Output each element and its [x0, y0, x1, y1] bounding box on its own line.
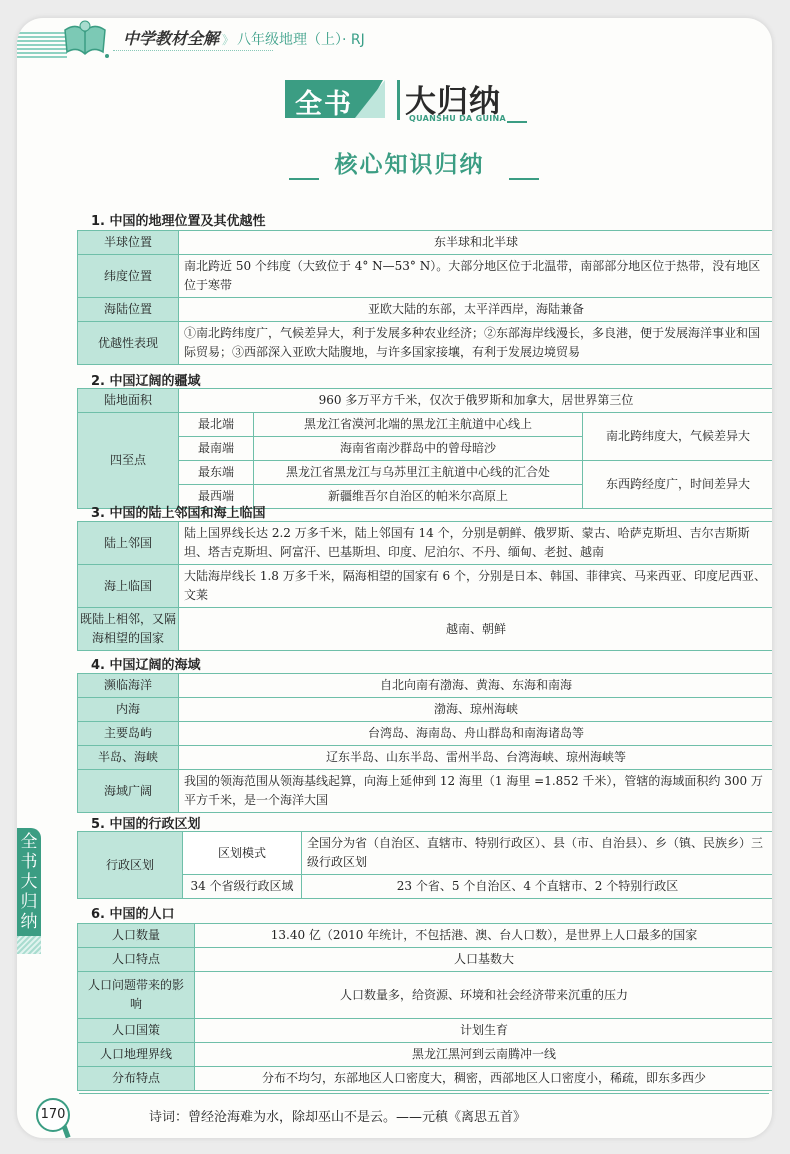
title-divider: [397, 80, 400, 120]
table-row: 四至点 最北端 黑龙江省漠河北端的黑龙江主航道中心线上 南北跨纬度大，气候差异大: [78, 413, 773, 437]
table-row: 既陆上相邻，又隔海相望的国家越南、朝鲜: [78, 608, 773, 651]
page-number: 170: [36, 1098, 70, 1132]
row-label: 纬度位置: [78, 255, 179, 298]
row-value: 计划生育: [195, 1019, 773, 1043]
table-seas: 濒临海洋自北向南有渤海、黄海、东海和南海 内海渤海、琼州海峡 主要岛屿台湾岛、海…: [77, 673, 772, 813]
section-5-title: 5. 中国的行政区划: [91, 813, 201, 832]
table-admin-divisions: 行政区划 区划模式 全国分为省（自治区、直辖市、特别行政区）、县（市、自治县）、…: [77, 831, 772, 899]
row-value: 分布不均匀，东部地区人口密度大，稠密，西部地区人口密度小，稀疏，即东多西少: [195, 1067, 773, 1091]
row-label: 人口问题带来的影响: [78, 972, 195, 1019]
row-label: 优越性表现: [78, 322, 179, 365]
extreme-location: 黑龙江省漠河北端的黑龙江主航道中心线上: [254, 413, 583, 437]
table-row: 分布特点分布不均匀，东部地区人口密度大，稠密，西部地区人口密度小，稀疏，即东多西…: [78, 1067, 773, 1091]
section-2-title: 2. 中国辽阔的疆域: [91, 370, 201, 389]
section-6-title: 6. 中国的人口: [91, 903, 175, 922]
row-label: 人口地理界线: [78, 1043, 195, 1067]
row-label: 行政区划: [78, 832, 183, 899]
row-label: 内海: [78, 698, 179, 722]
row-value: 960 多万平方千米，仅次于俄罗斯和加拿大，居世界第三位: [179, 389, 773, 413]
table-row: 最东端 黑龙江省黑龙江与乌苏里江主航道中心线的汇合处 东西跨经度广，时间差异大: [78, 461, 773, 485]
extreme-location: 新疆维吾尔自治区的帕米尔高原上: [254, 485, 583, 509]
row-label: 主要岛屿: [78, 722, 179, 746]
row-value: 全国分为省（自治区、直辖市、特别行政区）、县（市、自治县）、乡（镇、民族乡）三级…: [302, 832, 773, 875]
table-row: 行政区划 区划模式 全国分为省（自治区、直辖市、特别行政区）、县（市、自治县）、…: [78, 832, 773, 875]
header-subtitle: 八年级地理（上）· RJ: [237, 32, 365, 48]
extreme-note: 东西跨经度广，时间差异大: [583, 461, 773, 509]
table-row: 半球位置东半球和北半球: [78, 231, 773, 255]
table-row: 海陆位置亚欧大陆的东部，太平洋西岸，海陆兼备: [78, 298, 773, 322]
row-value: 陆上国界线长达 2.2 万多千米，陆上邻国有 14 个，分别是朝鲜、俄罗斯、蒙古…: [179, 522, 773, 565]
title-pinyin: QUANSHU DA GUINA: [409, 114, 506, 123]
table-row: 海域广阔我国的领海范围从领海基线起算，向海上延伸到 12 海里（1 海里 =1.…: [78, 770, 773, 813]
table-territory: 陆地面积 960 多万平方千米，仅次于俄罗斯和加拿大，居世界第三位 四至点 最北…: [77, 388, 772, 509]
table-row: 34 个省级行政区域 23 个省、5 个自治区、4 个直辖市、2 个特别行政区: [78, 875, 773, 899]
table-row: 主要岛屿台湾岛、海南岛、舟山群岛和南海诸岛等: [78, 722, 773, 746]
table-row: 濒临海洋自北向南有渤海、黄海、东海和南海: [78, 674, 773, 698]
row-value: 台湾岛、海南岛、舟山群岛和南海诸岛等: [179, 722, 773, 746]
table-row: 纬度位置南北跨近 50 个纬度（大致位于 4° N—53° N）。大部分地区位于…: [78, 255, 773, 298]
row-value: ①南北跨纬度广，气候差异大，利于发展多种农业经济；②东部海岸线漫长，多良港，便于…: [179, 322, 773, 365]
pinyin-underline: [507, 121, 527, 123]
header-separator: 》: [222, 33, 234, 47]
table-population: 人口数量13.40 亿（2010 年统计，不包括港、澳、台人口数），是世界上人口…: [77, 923, 772, 1091]
row-value: 东半球和北半球: [179, 231, 773, 255]
table-row: 人口数量13.40 亿（2010 年统计，不包括港、澳、台人口数），是世界上人口…: [78, 924, 773, 948]
table-row: 内海渤海、琼州海峡: [78, 698, 773, 722]
table-row: 优越性表现①南北跨纬度广，气候差异大，利于发展多种农业经济；②东部海岸线漫长，多…: [78, 322, 773, 365]
row-label: 半球位置: [78, 231, 179, 255]
footer-rule: [79, 1093, 769, 1094]
running-header: 中学教材全解》八年级地理（上）· RJ: [123, 26, 365, 49]
row-value: 自北向南有渤海、黄海、东海和南海: [179, 674, 773, 698]
table-geo-location: 半球位置东半球和北半球 纬度位置南北跨近 50 个纬度（大致位于 4° N—53…: [77, 230, 772, 365]
row-label: 分布特点: [78, 1067, 195, 1091]
side-tab-hatch: [17, 936, 41, 954]
row-sublabel: 区划模式: [183, 832, 302, 875]
table-row: 半岛、海峡辽东半岛、山东半岛、雷州半岛、台湾海峡、琼州海峡等: [78, 746, 773, 770]
row-label: 海域广阔: [78, 770, 179, 813]
row-label: 人口特点: [78, 948, 195, 972]
table-neighbors: 陆上邻国陆上国界线长达 2.2 万多千米，陆上邻国有 14 个，分别是朝鲜、俄罗…: [77, 521, 772, 651]
book-logo-icon: [59, 18, 111, 60]
row-label: 陆地面积: [78, 389, 179, 413]
row-value: 亚欧大陆的东部，太平洋西岸，海陆兼备: [179, 298, 773, 322]
row-label: 海陆位置: [78, 298, 179, 322]
row-sublabel: 34 个省级行政区域: [183, 875, 302, 899]
row-label: 陆上邻国: [78, 522, 179, 565]
row-value: 渤海、琼州海峡: [179, 698, 773, 722]
section-1-title: 1. 中国的地理位置及其优越性: [91, 210, 266, 229]
row-value: 我国的领海范围从领海基线起算，向海上延伸到 12 海里（1 海里 =1.852 …: [179, 770, 773, 813]
subtitle-rule-right: [509, 178, 539, 180]
row-value: 13.40 亿（2010 年统计，不包括港、澳、台人口数），是世界上人口最多的国…: [195, 924, 773, 948]
row-label: 濒临海洋: [78, 674, 179, 698]
section-3-title: 3. 中国的陆上邻国和海上临国: [91, 502, 266, 521]
table-row: 陆上邻国陆上国界线长达 2.2 万多千米，陆上邻国有 14 个，分别是朝鲜、俄罗…: [78, 522, 773, 565]
row-label: 海上临国: [78, 565, 179, 608]
row-value: 大陆海岸线长 1.8 万多千米，隔海相望的国家有 6 个，分别是日本、韩国、菲律…: [179, 565, 773, 608]
chapter-title: 全书 大归纳 QUANSHU DA GUINA: [285, 78, 545, 128]
extreme-name: 最东端: [179, 461, 254, 485]
section-heading: 核心知识归纳: [287, 146, 532, 179]
extreme-location: 海南省南沙群岛中的曾母暗沙: [254, 437, 583, 461]
table-row: 人口地理界线黑龙江黑河到云南腾冲一线: [78, 1043, 773, 1067]
row-label: 人口数量: [78, 924, 195, 948]
row-value: 人口数量多，给资源、环境和社会经济带来沉重的压力: [195, 972, 773, 1019]
title-badge: 全书: [295, 82, 353, 121]
extreme-note: 南北跨纬度大，气候差异大: [583, 413, 773, 461]
row-value: 南北跨近 50 个纬度（大致位于 4° N—53° N）。大部分地区位于北温带，…: [179, 255, 773, 298]
row-label: 四至点: [78, 413, 179, 509]
extreme-name: 最北端: [179, 413, 254, 437]
row-value: 23 个省、5 个自治区、4 个直辖市、2 个特别行政区: [302, 875, 773, 899]
header-dotted-rule: [113, 50, 273, 51]
row-value: 黑龙江黑河到云南腾冲一线: [195, 1043, 773, 1067]
row-value: 越南、朝鲜: [179, 608, 773, 651]
footer-quote: 诗词：曾经沧海难为水，除却巫山不是云。——元稹《离思五首》: [149, 1106, 526, 1125]
extreme-name: 最南端: [179, 437, 254, 461]
side-tab: 全书大归纳: [17, 828, 41, 936]
textbook-page: 中学教材全解》八年级地理（上）· RJ 全书 大归纳 QUANSHU DA GU…: [17, 18, 772, 1138]
table-row: 陆地面积 960 多万平方千米，仅次于俄罗斯和加拿大，居世界第三位: [78, 389, 773, 413]
table-row: 人口问题带来的影响人口数量多，给资源、环境和社会经济带来沉重的压力: [78, 972, 773, 1019]
row-label: 半岛、海峡: [78, 746, 179, 770]
row-value: 人口基数大: [195, 948, 773, 972]
table-row: 人口特点人口基数大: [78, 948, 773, 972]
table-row: 人口国策计划生育: [78, 1019, 773, 1043]
row-value: 辽东半岛、山东半岛、雷州半岛、台湾海峡、琼州海峡等: [179, 746, 773, 770]
section-4-title: 4. 中国辽阔的海域: [91, 654, 201, 673]
table-row: 海上临国大陆海岸线长 1.8 万多千米，隔海相望的国家有 6 个，分别是日本、韩…: [78, 565, 773, 608]
row-label: 既陆上相邻，又隔海相望的国家: [78, 608, 179, 651]
row-label: 人口国策: [78, 1019, 195, 1043]
header-brand: 中学教材全解: [123, 29, 219, 48]
extreme-location: 黑龙江省黑龙江与乌苏里江主航道中心线的汇合处: [254, 461, 583, 485]
